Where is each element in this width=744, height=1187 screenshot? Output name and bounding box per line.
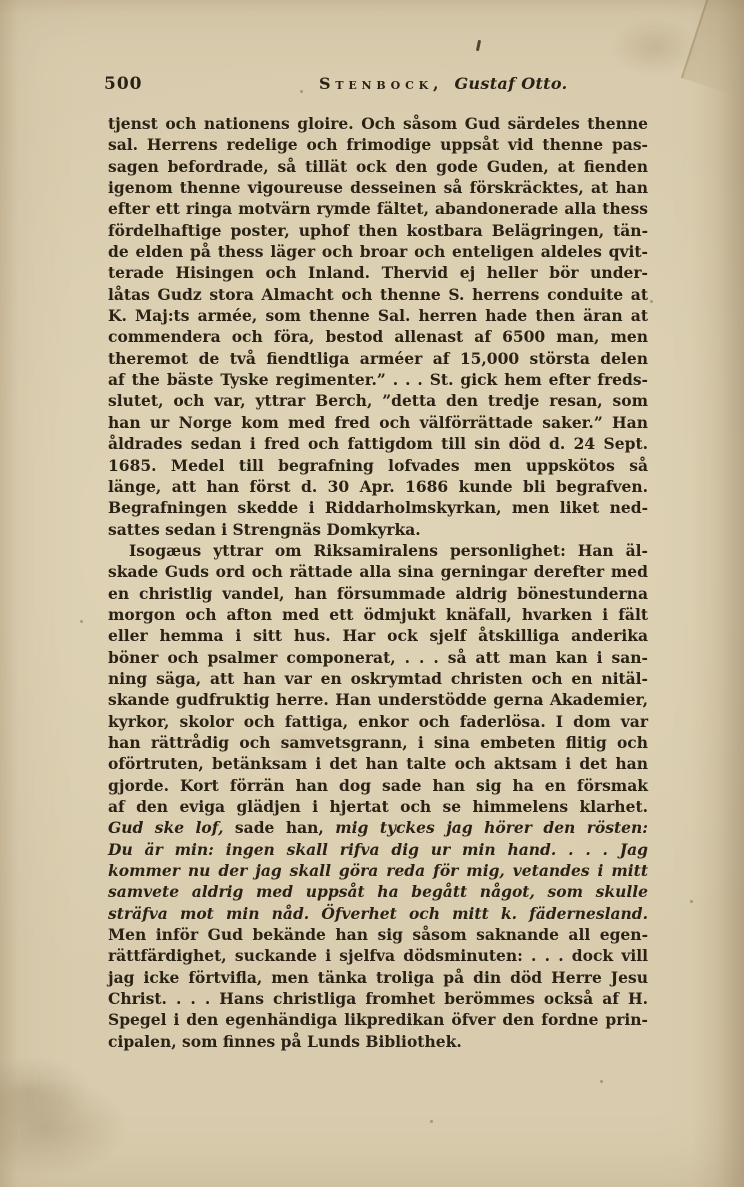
text-line: sagen befordrade, så tillät ock den gode… — [108, 156, 648, 177]
text-line: commendera och föra, bestod allenast af … — [108, 326, 648, 347]
text-line: Isogæus yttrar om Riksamiralens personli… — [108, 540, 648, 561]
text-line: en christlig vandel, han försummade aldr… — [108, 583, 648, 604]
text-line: Spegel i den egenhändiga likpredikan öfv… — [108, 1009, 648, 1030]
text-segment: Men inför Gud bekände han sig såsom sakn… — [108, 925, 648, 944]
page-header: 500 Stenbock, Gustaf Otto. — [0, 74, 744, 98]
text-segment: K. Maj:ts armée, som thenne Sal. herren … — [108, 306, 648, 325]
text-segment: gjorde. Kort förrän han dog sade han sig… — [108, 776, 648, 795]
text-segment: åldrades sedan i fred och fattigdom till… — [108, 434, 648, 453]
text-line: rättfärdighet, suckande i sjelfva dödsmi… — [108, 945, 648, 966]
text-line: skade Guds ord och rättade alla sina ger… — [108, 561, 648, 582]
text-line: Du är min: ingen skall rifva dig ur min … — [108, 839, 648, 860]
text-segment: jag icke förtvifla, men tänka troliga på… — [108, 968, 648, 987]
text-line: kommer nu der jag skall göra reda för mi… — [108, 860, 648, 881]
text-segment: skande gudfruktig herre. Han understödde… — [108, 690, 648, 709]
text-segment: Isogæus yttrar om Riksamiralens personli… — [129, 541, 648, 560]
text-line: sal. Herrens redelige och frimodige upps… — [108, 134, 648, 155]
text-segment: Du är min: ingen skall rifva dig ur min … — [108, 840, 648, 859]
text-segment: igenom thenne vigoureuse desseinen så fö… — [108, 178, 648, 197]
text-line: Men inför Gud bekände han sig såsom sakn… — [108, 924, 648, 945]
text-line: låtas Gudz stora Almacht och thenne S. h… — [108, 284, 648, 305]
text-segment: sade han, — [224, 818, 336, 837]
text-line: terade Hisingen och Inland. Thervid ej h… — [108, 262, 648, 283]
text-segment: mig tyckes jag hörer den rösten: — [335, 818, 648, 837]
text-line: han ur Norge kom med fred och välförrätt… — [108, 412, 648, 433]
text-segment: 1685. Medel till begrafning lofvades men… — [108, 456, 648, 475]
text-block: tjenst och nationens gloire. Och såsom G… — [108, 113, 648, 1052]
text-line: åldrades sedan i fred och fattigdom till… — [108, 433, 648, 454]
text-line: igenom thenne vigoureuse desseinen så fö… — [108, 177, 648, 198]
text-segment: slutet, och var, yttrar Berch, ”detta de… — [108, 391, 648, 410]
text-segment: sträfva mot min nåd. Öfverhet och mitt k… — [108, 904, 648, 923]
text-segment: en christlig vandel, han försummade aldr… — [108, 584, 648, 603]
text-segment: Spegel i den egenhändiga likpredikan öfv… — [108, 1010, 648, 1029]
text-line: af the bäste Tyske regimenter.” . . . St… — [108, 369, 648, 390]
text-segment: skade Guds ord och rättade alla sina ger… — [108, 562, 648, 581]
text-line: samvete aldrig med uppsåt ha begått någo… — [108, 881, 648, 902]
text-line: morgon och afton med ett ödmjukt knäfall… — [108, 604, 648, 625]
text-segment: rättfärdighet, suckande i sjelfva dödsmi… — [108, 946, 648, 965]
book-page: 500 Stenbock, Gustaf Otto. tjenst och na… — [0, 0, 744, 1187]
text-line: Gud ske lof, sade han, mig tyckes jag hö… — [108, 817, 648, 838]
text-line: Begrafningen skedde i Riddarholmskyrkan,… — [108, 497, 648, 518]
text-segment: sal. Herrens redelige och frimodige upps… — [108, 135, 648, 154]
running-title-surname: Stenbock, — [319, 74, 443, 93]
text-segment: efter ett ringa motvärn rymde fältet, ab… — [108, 199, 648, 218]
text-line: fördelhaftige poster, uphof then kostbar… — [108, 220, 648, 241]
text-segment: morgon och afton med ett ödmjukt knäfall… — [108, 605, 648, 624]
text-segment: af den eviga glädjen i hjertat och se hi… — [108, 797, 648, 816]
text-segment: han rättrådig och samvetsgrann, i sina e… — [108, 733, 648, 752]
text-line: af den eviga glädjen i hjertat och se hi… — [108, 796, 648, 817]
text-line: cipalen, som finnes på Lunds Bibliothek. — [108, 1031, 648, 1052]
text-line: kyrkor, skolor och fattiga, enkor och fa… — [108, 711, 648, 732]
text-line: tjenst och nationens gloire. Och såsom G… — [108, 113, 648, 134]
text-segment: låtas Gudz stora Almacht och thenne S. h… — [108, 285, 648, 304]
text-segment: terade Hisingen och Inland. Thervid ej h… — [108, 263, 648, 282]
text-segment: Begrafningen skedde i Riddarholmskyrkan,… — [108, 498, 648, 517]
text-segment: samvete aldrig med uppsåt ha begått någo… — [108, 882, 648, 901]
text-line: K. Maj:ts armée, som thenne Sal. herren … — [108, 305, 648, 326]
text-segment: sattes sedan i Strengnäs Domkyrka. — [108, 520, 421, 539]
text-line: han rättrådig och samvetsgrann, i sina e… — [108, 732, 648, 753]
text-line: 1685. Medel till begrafning lofvades men… — [108, 455, 648, 476]
text-segment: oförtruten, betänksam i det han talte oc… — [108, 754, 648, 773]
running-title: Stenbock, Gustaf Otto. — [319, 74, 568, 93]
text-segment: Christ. . . . Hans christliga fromhet be… — [108, 989, 648, 1008]
page-number: 500 — [104, 74, 143, 94]
text-line: gjorde. Kort förrän han dog sade han sig… — [108, 775, 648, 796]
text-line: slutet, och var, yttrar Berch, ”detta de… — [108, 390, 648, 411]
text-segment: han ur Norge kom med fred och välförrätt… — [108, 413, 648, 432]
text-segment: Gud ske lof, — [108, 818, 224, 837]
text-segment: sagen befordrade, så tillät ock den gode… — [108, 157, 648, 176]
text-line: theremot de två fiendtliga arméer af 15,… — [108, 348, 648, 369]
text-segment: kommer nu der jag skall göra reda för mi… — [108, 861, 648, 880]
text-line: efter ett ringa motvärn rymde fältet, ab… — [108, 198, 648, 219]
text-line: oförtruten, betänksam i det han talte oc… — [108, 753, 648, 774]
text-segment: cipalen, som finnes på Lunds Bibliothek. — [108, 1032, 462, 1051]
text-segment: tjenst och nationens gloire. Och såsom G… — [108, 114, 648, 133]
text-line: böner och psalmer componerat, . . . så a… — [108, 647, 648, 668]
text-line: skande gudfruktig herre. Han understödde… — [108, 689, 648, 710]
text-segment: af the bäste Tyske regimenter.” . . . St… — [108, 370, 648, 389]
text-segment: ning säga, att han var en oskrymtad chri… — [108, 669, 648, 688]
text-line: eller hemma i sitt hus. Har ock sjelf åt… — [108, 625, 648, 646]
text-segment: theremot de två fiendtliga arméer af 15,… — [108, 349, 648, 368]
text-line: länge, att han först d. 30 Apr. 1686 kun… — [108, 476, 648, 497]
text-segment: fördelhaftige poster, uphof then kostbar… — [108, 221, 648, 240]
text-segment: böner och psalmer componerat, . . . så a… — [108, 648, 648, 667]
text-line: sattes sedan i Strengnäs Domkyrka. — [108, 519, 648, 540]
text-line: ning säga, att han var en oskrymtad chri… — [108, 668, 648, 689]
text-line: jag icke förtvifla, men tänka troliga på… — [108, 967, 648, 988]
text-segment: kyrkor, skolor och fattiga, enkor och fa… — [108, 712, 648, 731]
text-line: de elden på thess läger och broar och en… — [108, 241, 648, 262]
text-segment: eller hemma i sitt hus. Har ock sjelf åt… — [108, 626, 648, 645]
text-line: sträfva mot min nåd. Öfverhet och mitt k… — [108, 903, 648, 924]
text-segment: de elden på thess läger och broar och en… — [108, 242, 648, 261]
text-line: Christ. . . . Hans christliga fromhet be… — [108, 988, 648, 1009]
running-title-forenames: Gustaf Otto. — [454, 74, 567, 93]
text-segment: commendera och föra, bestod allenast af … — [108, 327, 648, 346]
text-segment: länge, att han först d. 30 Apr. 1686 kun… — [108, 477, 648, 496]
